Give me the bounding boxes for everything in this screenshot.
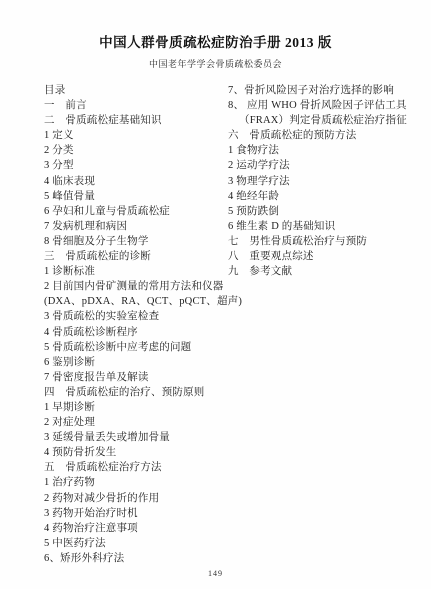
toc-entry: 4 药物治疗注意事项: [44, 521, 230, 536]
toc-entry: 一 前言: [44, 98, 230, 113]
toc-entry: 5 峰值骨量: [44, 189, 230, 204]
toc-entry: 3 药物开始治疗时机: [44, 506, 230, 521]
toc-entry: 4 临床表现: [44, 174, 230, 189]
toc-entry: 2 药物对减少骨折的作用: [44, 491, 230, 506]
toc-entry: 1 早期诊断: [44, 400, 230, 415]
toc-entry: 7 骨密度报告单及解读: [44, 370, 230, 385]
toc-right-column: 7、骨折风险因子对治疗选择的影响8、 应用 WHO 骨折风险因子评估工具（FRA…: [228, 83, 428, 279]
toc-entry: (DXA、pDXA、RA、QCT、pQCT、超声): [44, 294, 230, 309]
document-title: 中国人群骨质疏松症防治手册 2013 版: [0, 31, 431, 51]
toc-entry: 5 骨质疏松诊断中应考虑的问题: [44, 340, 230, 355]
toc-entry: 六 骨质疏松症的预防方法: [228, 128, 428, 143]
toc-entry: 4 预防骨折发生: [44, 445, 230, 460]
toc-entry: 4 绝经年龄: [228, 189, 428, 204]
toc-entry: （FRAX）判定骨质疏松症治疗指征: [228, 113, 428, 128]
toc-entry: 2 目前国内骨矿测量的常用方法和仪器: [44, 279, 230, 294]
toc-entry: 8、 应用 WHO 骨折风险因子评估工具: [228, 98, 428, 113]
toc-entry: 6 鉴别诊断: [44, 355, 230, 370]
toc-entry: 二 骨质疏松症基础知识: [44, 113, 230, 128]
toc-entry: 2 分类: [44, 143, 230, 158]
toc-entry: 7、骨折风险因子对治疗选择的影响: [228, 83, 428, 98]
toc-entry: 四 骨质疏松症的治疗、预防原则: [44, 385, 230, 400]
page-number: 149: [0, 569, 431, 578]
toc-entry: 三 骨质疏松症的诊断: [44, 249, 230, 264]
toc-entry: 3 延缓骨量丢失或增加骨量: [44, 430, 230, 445]
toc-entry: 八 重要观点综述: [228, 249, 428, 264]
toc-entry: 1 定义: [44, 128, 230, 143]
document-subtitle: 中国老年学学会骨质疏松委员会: [0, 57, 431, 70]
toc-entry: 5 中医药疗法: [44, 536, 230, 551]
toc-right-entries: 7、骨折风险因子对治疗选择的影响8、 应用 WHO 骨折风险因子评估工具（FRA…: [228, 83, 428, 279]
document-page: 中国人群骨质疏松症防治手册 2013 版 中国老年学学会骨质疏松委员会 目录 一…: [0, 0, 431, 589]
toc-entry: 七 男性骨质疏松治疗与预防: [228, 234, 428, 249]
toc-entry: 3 骨质疏松的实验室检查: [44, 309, 230, 324]
toc-entry: 3 分型: [44, 158, 230, 173]
toc-entry: 7 发病机理和病因: [44, 219, 230, 234]
toc-entry: 五 骨质疏松症治疗方法: [44, 460, 230, 475]
toc-entry: 6、矫形外科疗法: [44, 551, 230, 566]
toc-entry: 1 治疗药物: [44, 475, 230, 490]
toc-entry: 8 骨细胞及分子生物学: [44, 234, 230, 249]
toc-left-entries: 一 前言二 骨质疏松症基础知识1 定义2 分类3 分型4 临床表现5 峰值骨量6…: [44, 98, 230, 566]
toc-heading: 目录: [44, 83, 230, 98]
toc-entry: 4 骨质疏松诊断程序: [44, 325, 230, 340]
toc-left-column: 目录 一 前言二 骨质疏松症基础知识1 定义2 分类3 分型4 临床表现5 峰值…: [44, 83, 230, 566]
toc-entry: 5 预防跌倒: [228, 204, 428, 219]
toc-entry: 6 孕妇和儿童与骨质疏松症: [44, 204, 230, 219]
toc-entry: 2 对症处理: [44, 415, 230, 430]
toc-entry: 3 物理学疗法: [228, 174, 428, 189]
toc-entry: 1 食物疗法: [228, 143, 428, 158]
toc-entry: 1 诊断标准: [44, 264, 230, 279]
toc-entry: 九 参考文献: [228, 264, 428, 279]
toc-entry: 6 维生素 D 的基础知识: [228, 219, 428, 234]
toc-entry: 2 运动学疗法: [228, 158, 428, 173]
